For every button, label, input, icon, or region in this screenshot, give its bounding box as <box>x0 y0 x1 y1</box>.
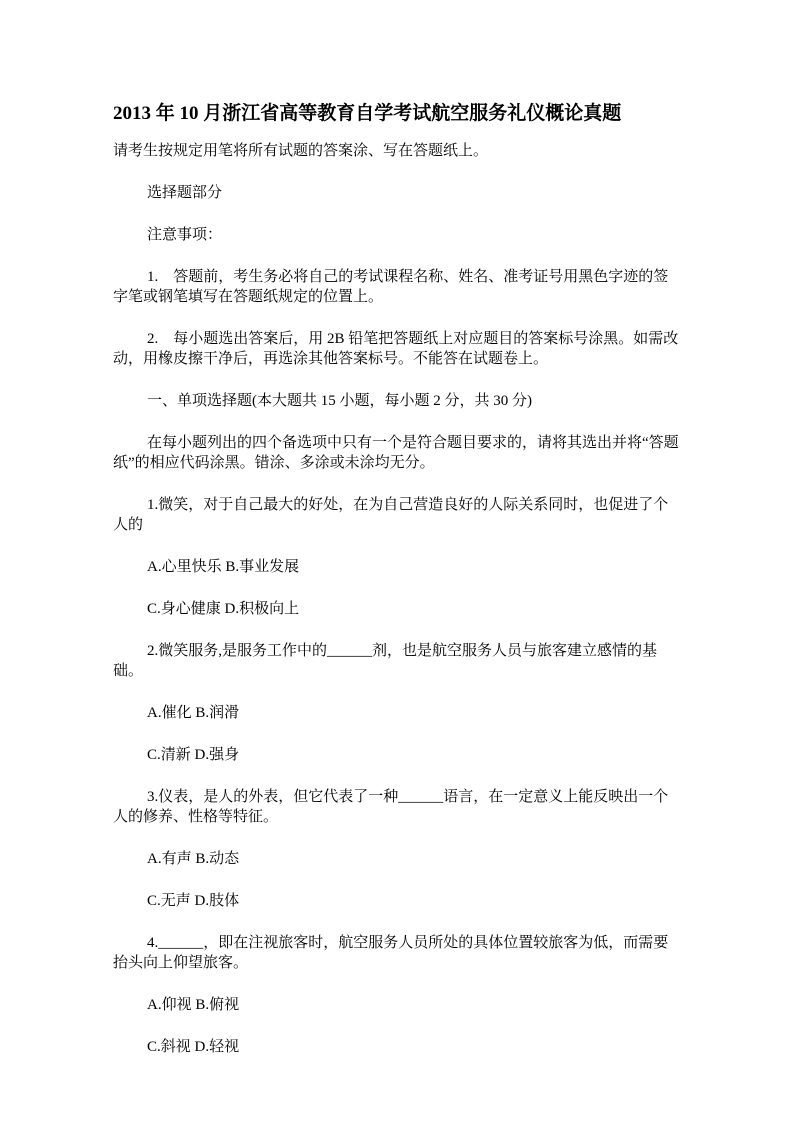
part-heading: 一、单项选择题(本大题共 15 小题，每小题 2 分，共 30 分) <box>113 391 681 411</box>
question-4-stem: 4.______，即在注视旅客时，航空服务人员所处的具体位置较旅客为低，而需要抬… <box>113 933 681 973</box>
section-label: 选择题部分 <box>113 183 681 203</box>
question-4-options-cd: C.斜视 D.轻视 <box>113 1037 681 1057</box>
question-3-stem: 3.仪表，是人的外表，但它代表了一种______语言，在一定意义上能反映出一个人… <box>113 787 681 827</box>
question-block-2: 2.微笑服务,是服务工作中的______剂，也是航空服务人员与旅客建立感情的基础… <box>113 641 681 765</box>
question-block-3: 3.仪表，是人的外表，但它代表了一种______语言，在一定意义上能反映出一个人… <box>113 787 681 911</box>
part-instruction: 在每小题列出的四个备选项中只有一个是符合题目要求的，请将其选出并将“答题纸”的相… <box>113 433 681 473</box>
notes-heading: 注意事项： <box>113 225 681 245</box>
note-item-1: 1. 答题前，考生务必将自己的考试课程名称、姓名、准考证号用黑色字迹的签字笔或钢… <box>113 267 681 307</box>
question-1-options-cd: C.身心健康 D.积极向上 <box>113 599 681 619</box>
question-block-1: 1.微笑，对于自己最大的好处，在为自己营造良好的人际关系同时，也促进了个人的 A… <box>113 495 681 619</box>
question-3-options-cd: C.无声 D.肢体 <box>113 891 681 911</box>
question-block-4: 4.______，即在注视旅客时，航空服务人员所处的具体位置较旅客为低，而需要抬… <box>113 933 681 1057</box>
question-1-options-ab: A.心里快乐 B.事业发展 <box>113 557 681 577</box>
question-2-options-ab: A.催化 B.润滑 <box>113 703 681 723</box>
question-4-options-ab: A.仰视 B.俯视 <box>113 995 681 1015</box>
question-1-stem: 1.微笑，对于自己最大的好处，在为自己营造良好的人际关系同时，也促进了个人的 <box>113 495 681 535</box>
question-2-stem: 2.微笑服务,是服务工作中的______剂，也是航空服务人员与旅客建立感情的基础… <box>113 641 681 681</box>
question-2-options-cd: C.清新 D.强身 <box>113 745 681 765</box>
note-item-2: 2. 每小题选出答案后，用 2B 铅笔把答题纸上对应题目的答案标号涂黑。如需改动… <box>113 329 681 369</box>
document-title: 2013 年 10 月浙江省高等教育自学考试航空服务礼仪概论真题 <box>113 101 681 126</box>
exam-document-page: 2013 年 10 月浙江省高等教育自学考试航空服务礼仪概论真题 请考生按规定用… <box>0 0 794 1123</box>
question-3-options-ab: A.有声 B.动态 <box>113 849 681 869</box>
intro-instruction: 请考生按规定用笔将所有试题的答案涂、写在答题纸上。 <box>113 141 681 161</box>
